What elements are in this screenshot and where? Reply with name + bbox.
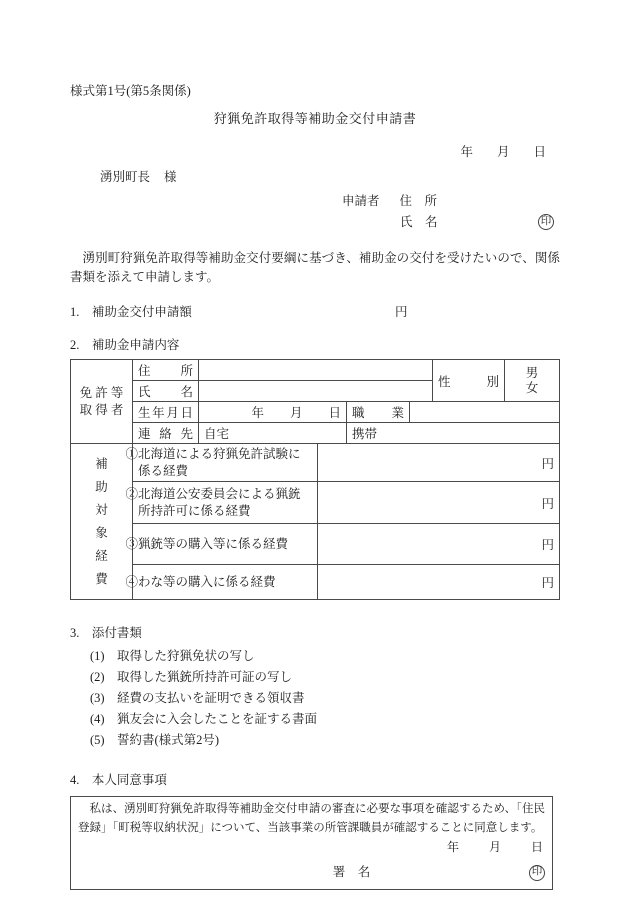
applicant-seal-mark: 印	[538, 214, 554, 230]
expense-item-label: ④わな等の購入に係る経費	[133, 565, 318, 600]
section4-label: 4. 本人同意事項	[70, 771, 560, 790]
form-title: 狩猟免許取得等補助金交付申請書	[70, 109, 560, 129]
birth-month-label: 月	[290, 406, 303, 420]
name-input-cell	[199, 381, 433, 402]
attachment-text: 取得した狩猟免状の写し	[117, 646, 255, 667]
address-label-cell: 住 所	[133, 360, 199, 381]
contact-home-cell: 自宅	[199, 423, 347, 444]
acquirer-label-line2: 取 得 者	[76, 402, 127, 419]
expense-row: 補 助 対 象 経 費 ①北海道による狩猟免許試験に係る経費 円	[71, 444, 560, 482]
expense-amount-cell: 円	[318, 444, 560, 482]
address-input-cell	[199, 360, 433, 381]
attachment-text: 取得した猟銃所持許可証の写し	[117, 667, 292, 688]
applicant-block: 申請者住 所 氏 名 印	[342, 191, 560, 233]
expense-item-label: ③猟銃等の購入等に係る経費	[133, 524, 318, 565]
form-number: 様式第1号(第5条関係)	[70, 82, 560, 101]
addressee-honorific: 様	[164, 170, 177, 184]
expense-item-label: ②北海道公安委員会による猟銃所持許可に係る経費	[133, 482, 318, 524]
applicant-label: 申請者	[342, 194, 380, 208]
expense-amount-cell: 円	[318, 482, 560, 524]
date-year-label: 年	[460, 145, 473, 159]
attachment-item: (4)猟友会に入会したことを証する書面	[90, 709, 560, 730]
acquirer-label-line1: 免 許 等	[76, 385, 127, 402]
section3-label: 3. 添付書類	[70, 624, 560, 643]
applicant-name-label: 氏 名	[400, 215, 438, 229]
expense-row: ④わな等の購入に係る経費 円	[71, 565, 560, 600]
expense-amount-cell: 円	[318, 524, 560, 565]
form-content: 様式第1号(第5条関係) 狩猟免許取得等補助金交付申請書 年月日 湧別町長様 申…	[70, 82, 560, 890]
header-date-line: 年月日	[70, 143, 560, 162]
consent-box: 私は、湧別町狩猟免許取得等補助金交付申請の審査に必要な事項を確認するため、「住民…	[70, 796, 553, 890]
attachment-number: (1)	[90, 646, 117, 667]
acquirer-header-cell: 免 許 等 取 得 者	[71, 360, 133, 444]
expense-amount-cell: 円	[318, 565, 560, 600]
table-row: 生年月日 年月日 職 業	[71, 402, 560, 423]
expense-row: ③猟銃等の購入等に係る経費 円	[71, 524, 560, 565]
gender-male-label: 男	[510, 366, 554, 381]
applicant-address-label: 住 所	[400, 194, 438, 208]
birth-input-cell: 年月日	[199, 402, 347, 423]
section1-unit-label: 円	[395, 303, 408, 322]
expense-category-cell: 補 助 対 象 経 費	[71, 444, 133, 600]
consent-paragraph: 私は、湧別町狩猟免許取得等補助金交付申請の審査に必要な事項を確認するため、「住民…	[78, 800, 545, 838]
table-row: 連 絡 先 自宅 携帯	[71, 423, 560, 444]
attachment-number: (2)	[90, 667, 117, 688]
occupation-input-cell	[410, 402, 560, 423]
attachment-list: (1)取得した狩猟免状の写し (2)取得した猟銃所持許可証の写し (3)経費の支…	[90, 646, 560, 751]
application-table: 免 許 等 取 得 者 住 所 性 別 男 女 氏 名 生年月日	[70, 359, 560, 600]
gender-label-cell: 性 別	[433, 360, 505, 402]
gender-female-label: 女	[510, 381, 554, 396]
section2-label: 2. 補助金申請内容	[70, 336, 560, 355]
consent-date-line: 年月日	[78, 838, 545, 857]
birth-day-label: 日	[328, 406, 341, 420]
gender-options-cell: 男 女	[505, 360, 560, 402]
attachment-number: (5)	[90, 730, 117, 751]
expense-category-vertical-label: 補 助 対 象 経 費	[76, 448, 127, 596]
applicant-address-row: 申請者住 所	[342, 191, 560, 212]
attachment-text: 猟友会に入会したことを証する書面	[117, 709, 317, 730]
attachment-number: (3)	[90, 688, 117, 709]
section1-label: 1. 補助金交付申請額	[70, 305, 192, 319]
expense-row: ②北海道公安委員会による猟銃所持許可に係る経費 円	[71, 482, 560, 524]
signature-seal-mark: 印	[529, 865, 545, 881]
section1-line: 1. 補助金交付申請額 円	[70, 303, 560, 322]
table-row: 免 許 等 取 得 者 住 所 性 別 男 女	[71, 360, 560, 381]
attachment-number: (4)	[90, 709, 117, 730]
name-label-cell: 氏 名	[133, 381, 199, 402]
attachment-text: 経費の支払いを証明できる領収書	[117, 688, 305, 709]
date-month-label: 月	[497, 145, 510, 159]
birth-year-label: 年	[251, 406, 264, 420]
consent-date-year-label: 年	[447, 840, 459, 854]
contact-label-cell: 連 絡 先	[133, 423, 199, 444]
addressee-line: 湧別町長様	[100, 168, 560, 187]
birth-label-cell: 生年月日	[133, 402, 199, 423]
attachment-item: (1)取得した狩猟免状の写し	[90, 646, 560, 667]
attachment-item: (5)誓約書(様式第2号)	[90, 730, 560, 751]
attachment-item: (3)経費の支払いを証明できる領収書	[90, 688, 560, 709]
consent-date-day-label: 日	[531, 840, 543, 854]
application-form-page: 様式第1号(第5条関係) 狩猟免許取得等補助金交付申請書 年月日 湧別町長様 申…	[0, 0, 630, 915]
signature-row: 署 名 印	[78, 863, 545, 882]
signature-label: 署 名	[237, 863, 371, 882]
attachment-text: 誓約書(様式第2号)	[117, 730, 219, 751]
contact-mobile-cell: 携帯	[347, 423, 560, 444]
attachment-item: (2)取得した猟銃所持許可証の写し	[90, 667, 560, 688]
addressee-name: 湧別町長	[100, 170, 150, 184]
applicant-name-row: 氏 名 印	[342, 212, 560, 233]
intro-paragraph: 湧別町狩猟免許取得等補助金交付要綱に基づき、補助金の交付を受けたいので、関係書類…	[70, 249, 560, 287]
expense-item-label: ①北海道による狩猟免許試験に係る経費	[133, 444, 318, 482]
occupation-label-cell: 職 業	[347, 402, 410, 423]
consent-date-month-label: 月	[489, 840, 501, 854]
date-day-label: 日	[533, 145, 546, 159]
